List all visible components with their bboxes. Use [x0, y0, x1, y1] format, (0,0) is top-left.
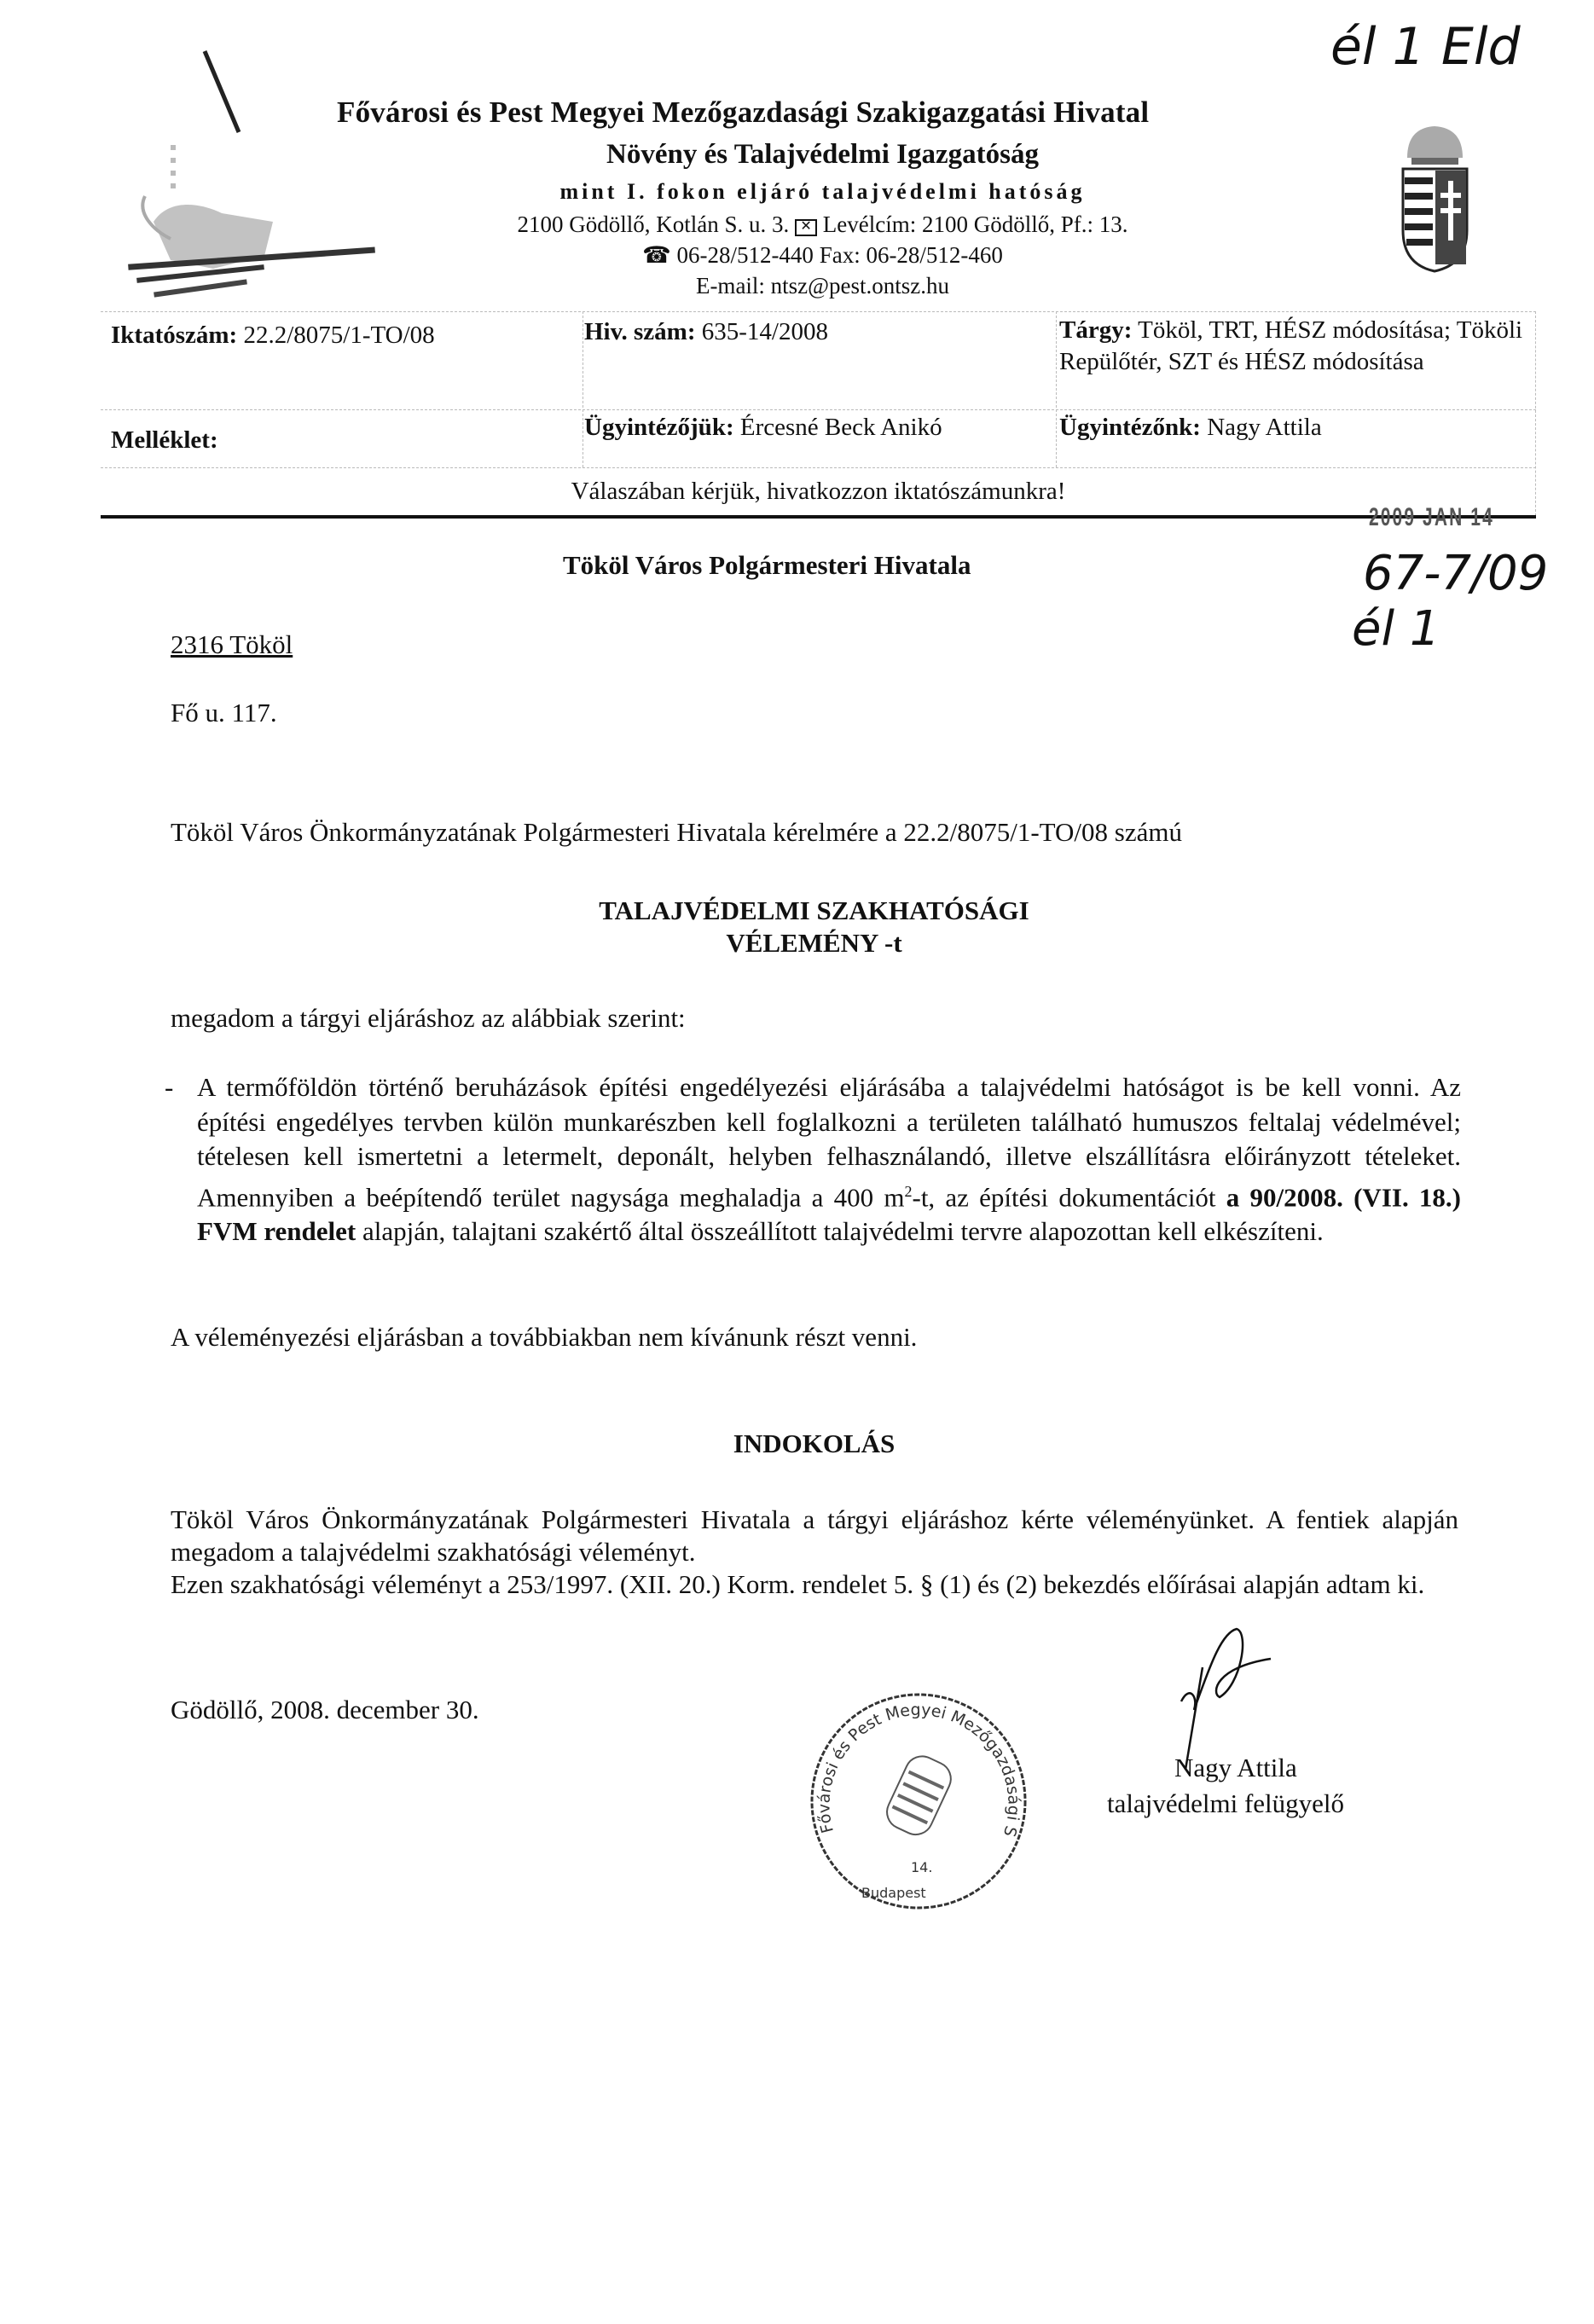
handwritten-note-top: él 1 Eld: [1330, 17, 1521, 77]
closing-sentence: A véleményezési eljárásban a továbbiakba…: [171, 1320, 1458, 1354]
targy-label: Tárgy:: [1059, 316, 1132, 344]
handwritten-reference-number: 67-7/09: [1363, 546, 1548, 601]
ugyintezonk-label: Ügyintézőnk:: [1059, 414, 1201, 441]
targy-field: Tárgy: Tököl, TRT, HÉSZ módosítása; Tökö…: [1059, 315, 1537, 378]
lead-sentence: megadom a tárgyi eljáráshoz az alábbiak …: [171, 1001, 1458, 1035]
signer-title: talajvédelmi felügyelő: [1107, 1788, 1344, 1819]
svg-text:Budapest: Budapest: [861, 1885, 926, 1901]
email-address: E-mail: ntsz@pest.ontsz.hu: [696, 273, 949, 298]
hiv-szam-field: Hiv. szám: 635-14/2008: [584, 318, 828, 346]
iktatoszam-label: Iktatószám:: [111, 322, 237, 349]
superscript: 2: [905, 1183, 913, 1200]
requirement-text-part: -t, az építési dokumentációt: [913, 1182, 1226, 1212]
fax-number: Fax: 06-28/512-460: [820, 242, 1003, 268]
email-line: E-mail: ntsz@pest.ontsz.hu: [0, 273, 1594, 299]
requirement-bullet: - A termőföldön történő beruházások épít…: [165, 1070, 1461, 1249]
ugyintezojuk-value: Ércesné Beck Anikó: [734, 414, 942, 441]
ugyintezojuk-field: Ügyintézőjük: Ércesné Beck Anikó: [584, 414, 942, 442]
recipient-street: Fő u. 117.: [171, 698, 277, 728]
ugyintezojuk-label: Ügyintézőjük:: [584, 414, 734, 441]
melleklet-label: Melléklet:: [111, 426, 218, 454]
hiv-szam-value: 635-14/2008: [696, 318, 828, 345]
document-title-line2: VÉLEMÉNY -t: [0, 928, 1594, 959]
justification-paragraph-1: Tököl Város Önkormányzatának Polgármeste…: [171, 1504, 1458, 1568]
svg-text:14.: 14.: [911, 1859, 932, 1875]
melleklet-field: Melléklet:: [111, 426, 218, 455]
handwritten-initial: él 1: [1352, 601, 1440, 657]
received-date-stamp: 2009 JAN 14: [1369, 503, 1494, 532]
reference-table: Iktatószám: 22.2/8075/1-TO/08 Hiv. szám:…: [101, 311, 1536, 520]
telephone-icon: ☎: [642, 242, 671, 268]
reference-note: Válaszában kérjük, hivatkozzon iktatószá…: [101, 478, 1536, 506]
intro-paragraph: Tököl Város Önkormányzatának Polgármeste…: [171, 815, 1458, 849]
requirement-text: A termőföldön történő beruházások építés…: [197, 1070, 1461, 1249]
authority-role: mint I. fokon eljáró talajvédelmi hatósá…: [0, 179, 1594, 205]
handwritten-signature: [1168, 1616, 1288, 1774]
document-title-line1: TALAJVÉDELMI SZAKHATÓSÁGI: [0, 895, 1594, 926]
org-name: Fővárosi és Pest Megyei Mezőgazdasági Sz…: [337, 96, 1149, 130]
header-divider: [101, 515, 1536, 519]
department-name: Növény és Talajvédelmi Igazgatóság: [0, 139, 1594, 171]
address-line: 2100 Gödöllő, Kotlán S. u. 3. ✕ Levélcím…: [0, 212, 1594, 238]
requirement-text-part: alapján, talajtani szakértő által összeá…: [356, 1216, 1323, 1246]
phone-line: ☎ 06-28/512-440 Fax: 06-28/512-460: [0, 242, 1594, 269]
justification-title: INDOKOLÁS: [0, 1429, 1594, 1459]
recipient-name: Tököl Város Polgármesteri Hivatala: [563, 550, 971, 581]
ugyintezonk-value: Nagy Attila: [1201, 414, 1322, 441]
justification-paragraph-2: Ezen szakhatósági véleményt a 253/1997. …: [171, 1568, 1458, 1601]
bullet-dash: -: [165, 1070, 173, 1105]
hiv-szam-label: Hiv. szám:: [584, 318, 696, 345]
signer-name: Nagy Attila: [1174, 1753, 1297, 1783]
recipient-city: 2316 Tököl: [171, 629, 293, 660]
street-address: 2100 Gödöllő, Kotlán S. u. 3.: [518, 212, 790, 237]
iktatoszam-field: Iktatószám: 22.2/8075/1-TO/08: [111, 322, 435, 350]
ugyintezonk-field: Ügyintézőnk: Nagy Attila: [1059, 414, 1322, 442]
postal-address: Levélcím: 2100 Gödöllő, Pf.: 13.: [823, 212, 1128, 237]
official-seal-stamp: Fővárosi és Pest Megyei Mezőgazdasági Sz…: [802, 1684, 1036, 1919]
phone-number: 06-28/512-440: [676, 242, 813, 268]
envelope-icon: ✕: [795, 219, 817, 236]
iktatoszam-value: 22.2/8075/1-TO/08: [237, 322, 434, 349]
